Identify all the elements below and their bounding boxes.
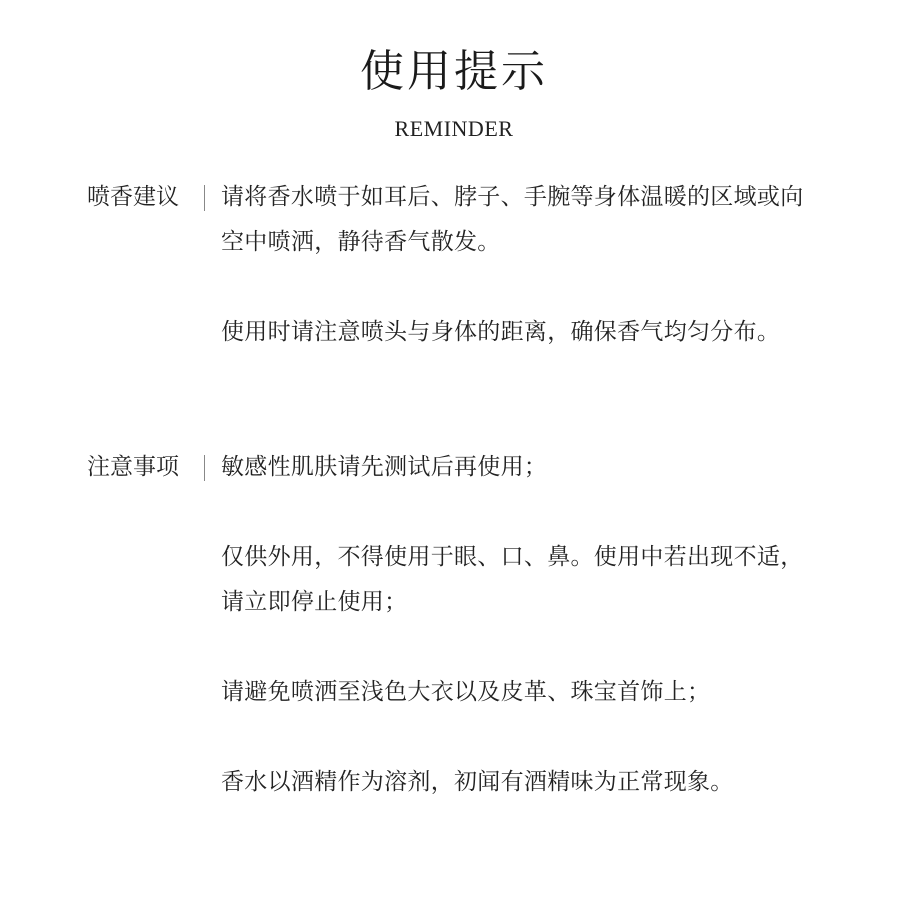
label-separator xyxy=(204,185,205,211)
page-title: 使用提示 xyxy=(0,44,908,100)
section-label: 喷香建议 xyxy=(87,175,179,220)
paragraph: 敏感性肌肤请先测试后再使用； xyxy=(221,445,811,490)
paragraph: 仅供外用，不得使用于眼、口、鼻。使用中若出现不适，请立即停止使用； xyxy=(221,535,811,625)
page-subtitle: REMINDER xyxy=(0,114,908,144)
paragraph: 香水以酒精作为溶剂，初闻有酒精味为正常现象。 xyxy=(221,760,811,805)
section-label: 注意事项 xyxy=(87,445,179,490)
paragraph: 请避免喷洒至浅色大衣以及皮革、珠宝首饰上； xyxy=(221,670,811,715)
paragraph: 使用时请注意喷头与身体的距离，确保香气均匀分布。 xyxy=(221,310,811,355)
label-separator xyxy=(204,455,205,481)
paragraph: 请将香水喷于如耳后、脖子、手腕等身体温暖的区域或向空中喷洒，静待香气散发。 xyxy=(221,175,811,265)
